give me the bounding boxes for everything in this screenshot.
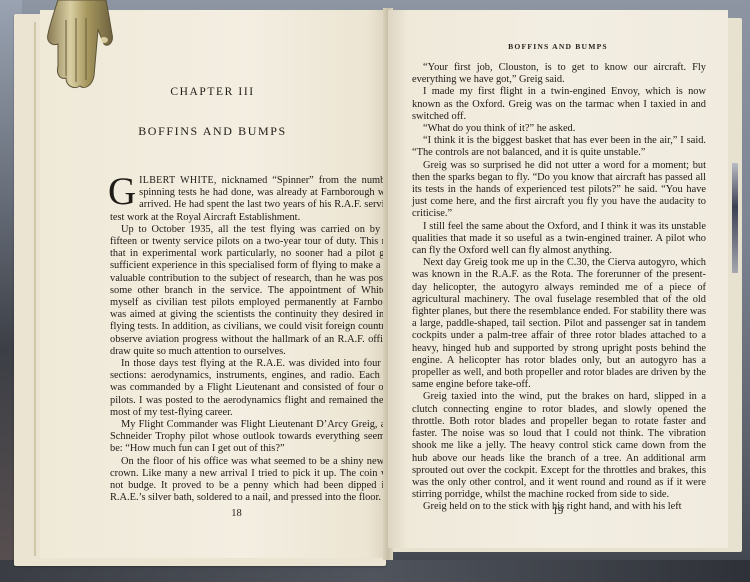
paragraph: I still feel the same about the Oxford, … — [412, 221, 706, 258]
page-number-right: 19 — [388, 506, 728, 517]
drop-cap: G — [108, 177, 136, 211]
right-page-body: “Your first job, Clouston, is to get to … — [412, 62, 706, 514]
paragraph: Greig was so surprised he did not utter … — [412, 160, 706, 221]
paragraph: Next day Greig took me up in the C.30, t… — [412, 257, 706, 391]
left-page: CHAPTER III BOFFINS AND BUMPS GILBERT WH… — [40, 10, 385, 558]
paragraph: “I think it is the biggest basket that h… — [412, 135, 706, 159]
paragraph: GILBERT WHITE, nicknamed “Spinner” from … — [110, 175, 407, 224]
paragraph: “What do you think of it?” he asked. — [412, 123, 706, 135]
running-head: BOFFINS AND BUMPS — [388, 42, 728, 51]
paragraph: I made my first flight in a twin-engined… — [412, 86, 706, 123]
paragraph: Greig taxied into the wind, put the brak… — [412, 391, 706, 501]
chapter-title: BOFFINS AND BUMPS — [40, 124, 385, 139]
opening-smallcaps: ILBERT WHITE, — [139, 175, 217, 186]
paragraph: My Flight Commander was Flight Lieutenan… — [110, 419, 407, 456]
underlying-page-edge-strip — [732, 163, 738, 273]
right-page: BOFFINS AND BUMPS “Your first job, Clous… — [388, 10, 728, 548]
paragraph: “Your first job, Clouston, is to get to … — [412, 62, 706, 86]
left-page-body: GILBERT WHITE, nicknamed “Spinner” from … — [110, 175, 407, 504]
paragraph: On the floor of his office was what seem… — [110, 456, 407, 505]
paragraph: Up to October 1935, all the test flying … — [110, 224, 407, 358]
page-number-left: 18 — [40, 508, 385, 519]
hand-bookmark-icon — [44, 0, 116, 92]
paragraph: In those days test flying at the R.A.E. … — [110, 358, 407, 419]
